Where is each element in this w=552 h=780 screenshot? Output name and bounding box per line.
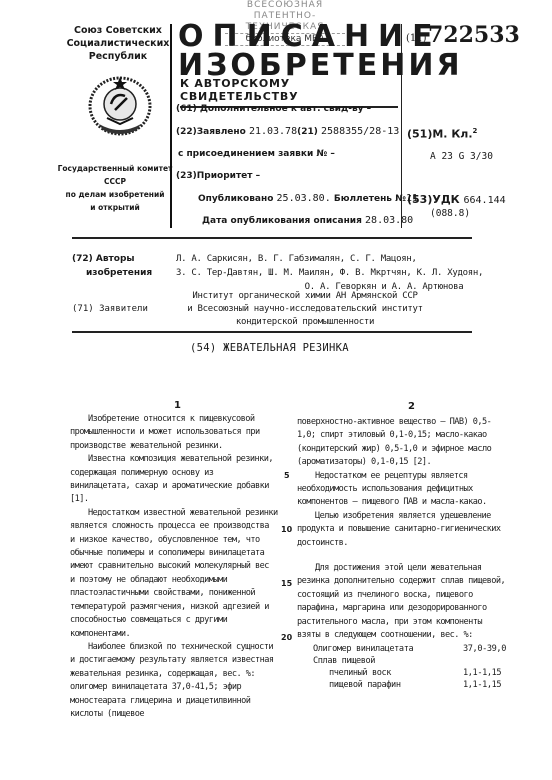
composition-row: пищевой парафин 1,1-1,15 (297, 679, 506, 691)
patent-number-label: (11) (406, 33, 427, 44)
component-name: Олигомер винилацетата (297, 643, 463, 655)
application-label: (21) (297, 127, 318, 137)
authors-line: Л. А. Саркисян, В. Г. Габзималян, С. Г. … (176, 252, 552, 266)
ipc-edition: 2 (473, 127, 478, 135)
patent-number: 722533 (428, 22, 520, 48)
committee-line: Государственный комитет (55, 162, 175, 175)
component-name: пчелиный воск (297, 667, 463, 679)
field-22: (22)Заявлено 21.03.78(21) 2588355/28-13 (176, 126, 399, 137)
filed-date: 21.03.78 (249, 126, 297, 137)
paragraph: Известна композиция жевательной резинки,… (70, 453, 278, 507)
line-number: 20 (281, 633, 292, 642)
committee-line: СССР (55, 175, 175, 188)
bulletin-label: Бюллетень № (334, 194, 406, 204)
country-line: Социалистических (58, 37, 178, 50)
component-name: Сплав пищевой (297, 655, 463, 667)
country-line: Союз Советских (58, 24, 178, 37)
udc-label: (53)УДК (407, 193, 460, 206)
composition-table: Олигомер винилацетата 37,0-39,0 Сплав пи… (297, 643, 506, 691)
authors-label-line: изобретения (72, 266, 152, 280)
applicants-line: и Всесоюзный научно-исследовательский ин… (170, 303, 440, 316)
published-date: 25.03.80. (277, 193, 331, 204)
applicants-label: (71) Заявители (72, 302, 148, 316)
authors-label: (72) Авторы изобретения (72, 252, 152, 280)
component-value: 37,0-39,0 (463, 643, 506, 655)
applicants-list: Институт органической химии АН Армянской… (170, 290, 440, 329)
column-1-text: Изобретение относится к пищевкусовой про… (70, 413, 278, 721)
country-line: Республик (58, 50, 178, 63)
country-name: Союз Советских Социалистических Республи… (58, 24, 178, 63)
committee-line: и открытий (55, 201, 175, 214)
field-53: (53)УДК 664.144 (407, 193, 506, 206)
field-61: (61) Дополнительное к авт. свид-ву – (176, 104, 371, 114)
udc-value-2: (088.8) (430, 208, 470, 219)
divider-vertical-left (170, 24, 172, 228)
authors-line: З. С. Тер-Давтян, Ш. М. Маилян, Ф. В. Мк… (176, 266, 552, 280)
divider-horizontal (72, 237, 472, 239)
invention-title: (54) ЖЕВАТЕЛЬНАЯ РЕЗИНКА (190, 342, 349, 354)
field-23: (23)Приоритет – (176, 171, 260, 181)
field-addition: с присоединением заявки № – (178, 149, 335, 159)
column-number-1: 1 (174, 400, 181, 411)
published-label: Опубликовано (198, 194, 273, 204)
desc-date-label: Дата опубликования описания (202, 216, 362, 226)
paragraph: Недостатком ее рецептуры является необхо… (297, 470, 507, 510)
divider-horizontal-2 (72, 331, 472, 333)
composition-row: Олигомер винилацетата 37,0-39,0 (297, 643, 506, 655)
line-number: 5 (284, 471, 290, 480)
applicants-line: Институт органической химии АН Армянской… (170, 290, 440, 303)
authors-list: Л. А. Саркисян, В. Г. Габзималян, С. Г. … (176, 252, 552, 294)
udc-value: 664.144 (463, 195, 505, 206)
desc-date: 28.03.80 (365, 215, 413, 226)
paragraph: Наиболее близкой по технической сущности… (70, 641, 278, 721)
component-name: пищевой парафин (297, 679, 463, 691)
component-value (463, 655, 506, 667)
paragraph: Недостатком известной жевательной резинк… (70, 507, 278, 641)
column-number-2: 2 (408, 401, 415, 412)
applicants-line: кондитерской промышленности (170, 316, 440, 329)
ussr-emblem-icon (85, 74, 155, 138)
paragraph: Целью изобретения является удешевление п… (297, 510, 507, 550)
line-number: 15 (281, 579, 292, 588)
ipc-class: A 23 G 3/30 (430, 151, 493, 162)
field-desc-date: Дата опубликования описания 28.03.80 (202, 215, 413, 226)
component-value: 1,1-1,15 (463, 667, 506, 679)
field-published: Опубликовано 25.03.80. Бюллетень №11 (198, 193, 418, 204)
ipc-label: (51)М. Кл. (407, 128, 473, 141)
state-committee: Государственный комитет СССР по делам из… (55, 162, 175, 214)
paragraph: Изобретение относится к пищевкусовой про… (70, 413, 278, 453)
authors-label-line: (72) Авторы (72, 252, 152, 266)
composition-row: пчелиный воск 1,1-1,15 (297, 667, 506, 679)
committee-line: по делам изобретений (55, 188, 175, 201)
application-number: 2588355/28-13 (321, 126, 399, 137)
composition-row: Сплав пищевой (297, 655, 506, 667)
paragraph: поверхностно-активное вещество – ПАВ) 0,… (297, 416, 507, 470)
paragraph: Для достижения этой цели жевательная рез… (297, 562, 507, 642)
line-number: 10 (281, 525, 292, 534)
field-51: (51)М. Кл.2 (407, 127, 477, 141)
column-2-text: поверхностно-активное вещество – ПАВ) 0,… (297, 416, 507, 691)
component-value: 1,1-1,15 (463, 679, 506, 691)
filed-label: (22)Заявлено (176, 127, 246, 137)
